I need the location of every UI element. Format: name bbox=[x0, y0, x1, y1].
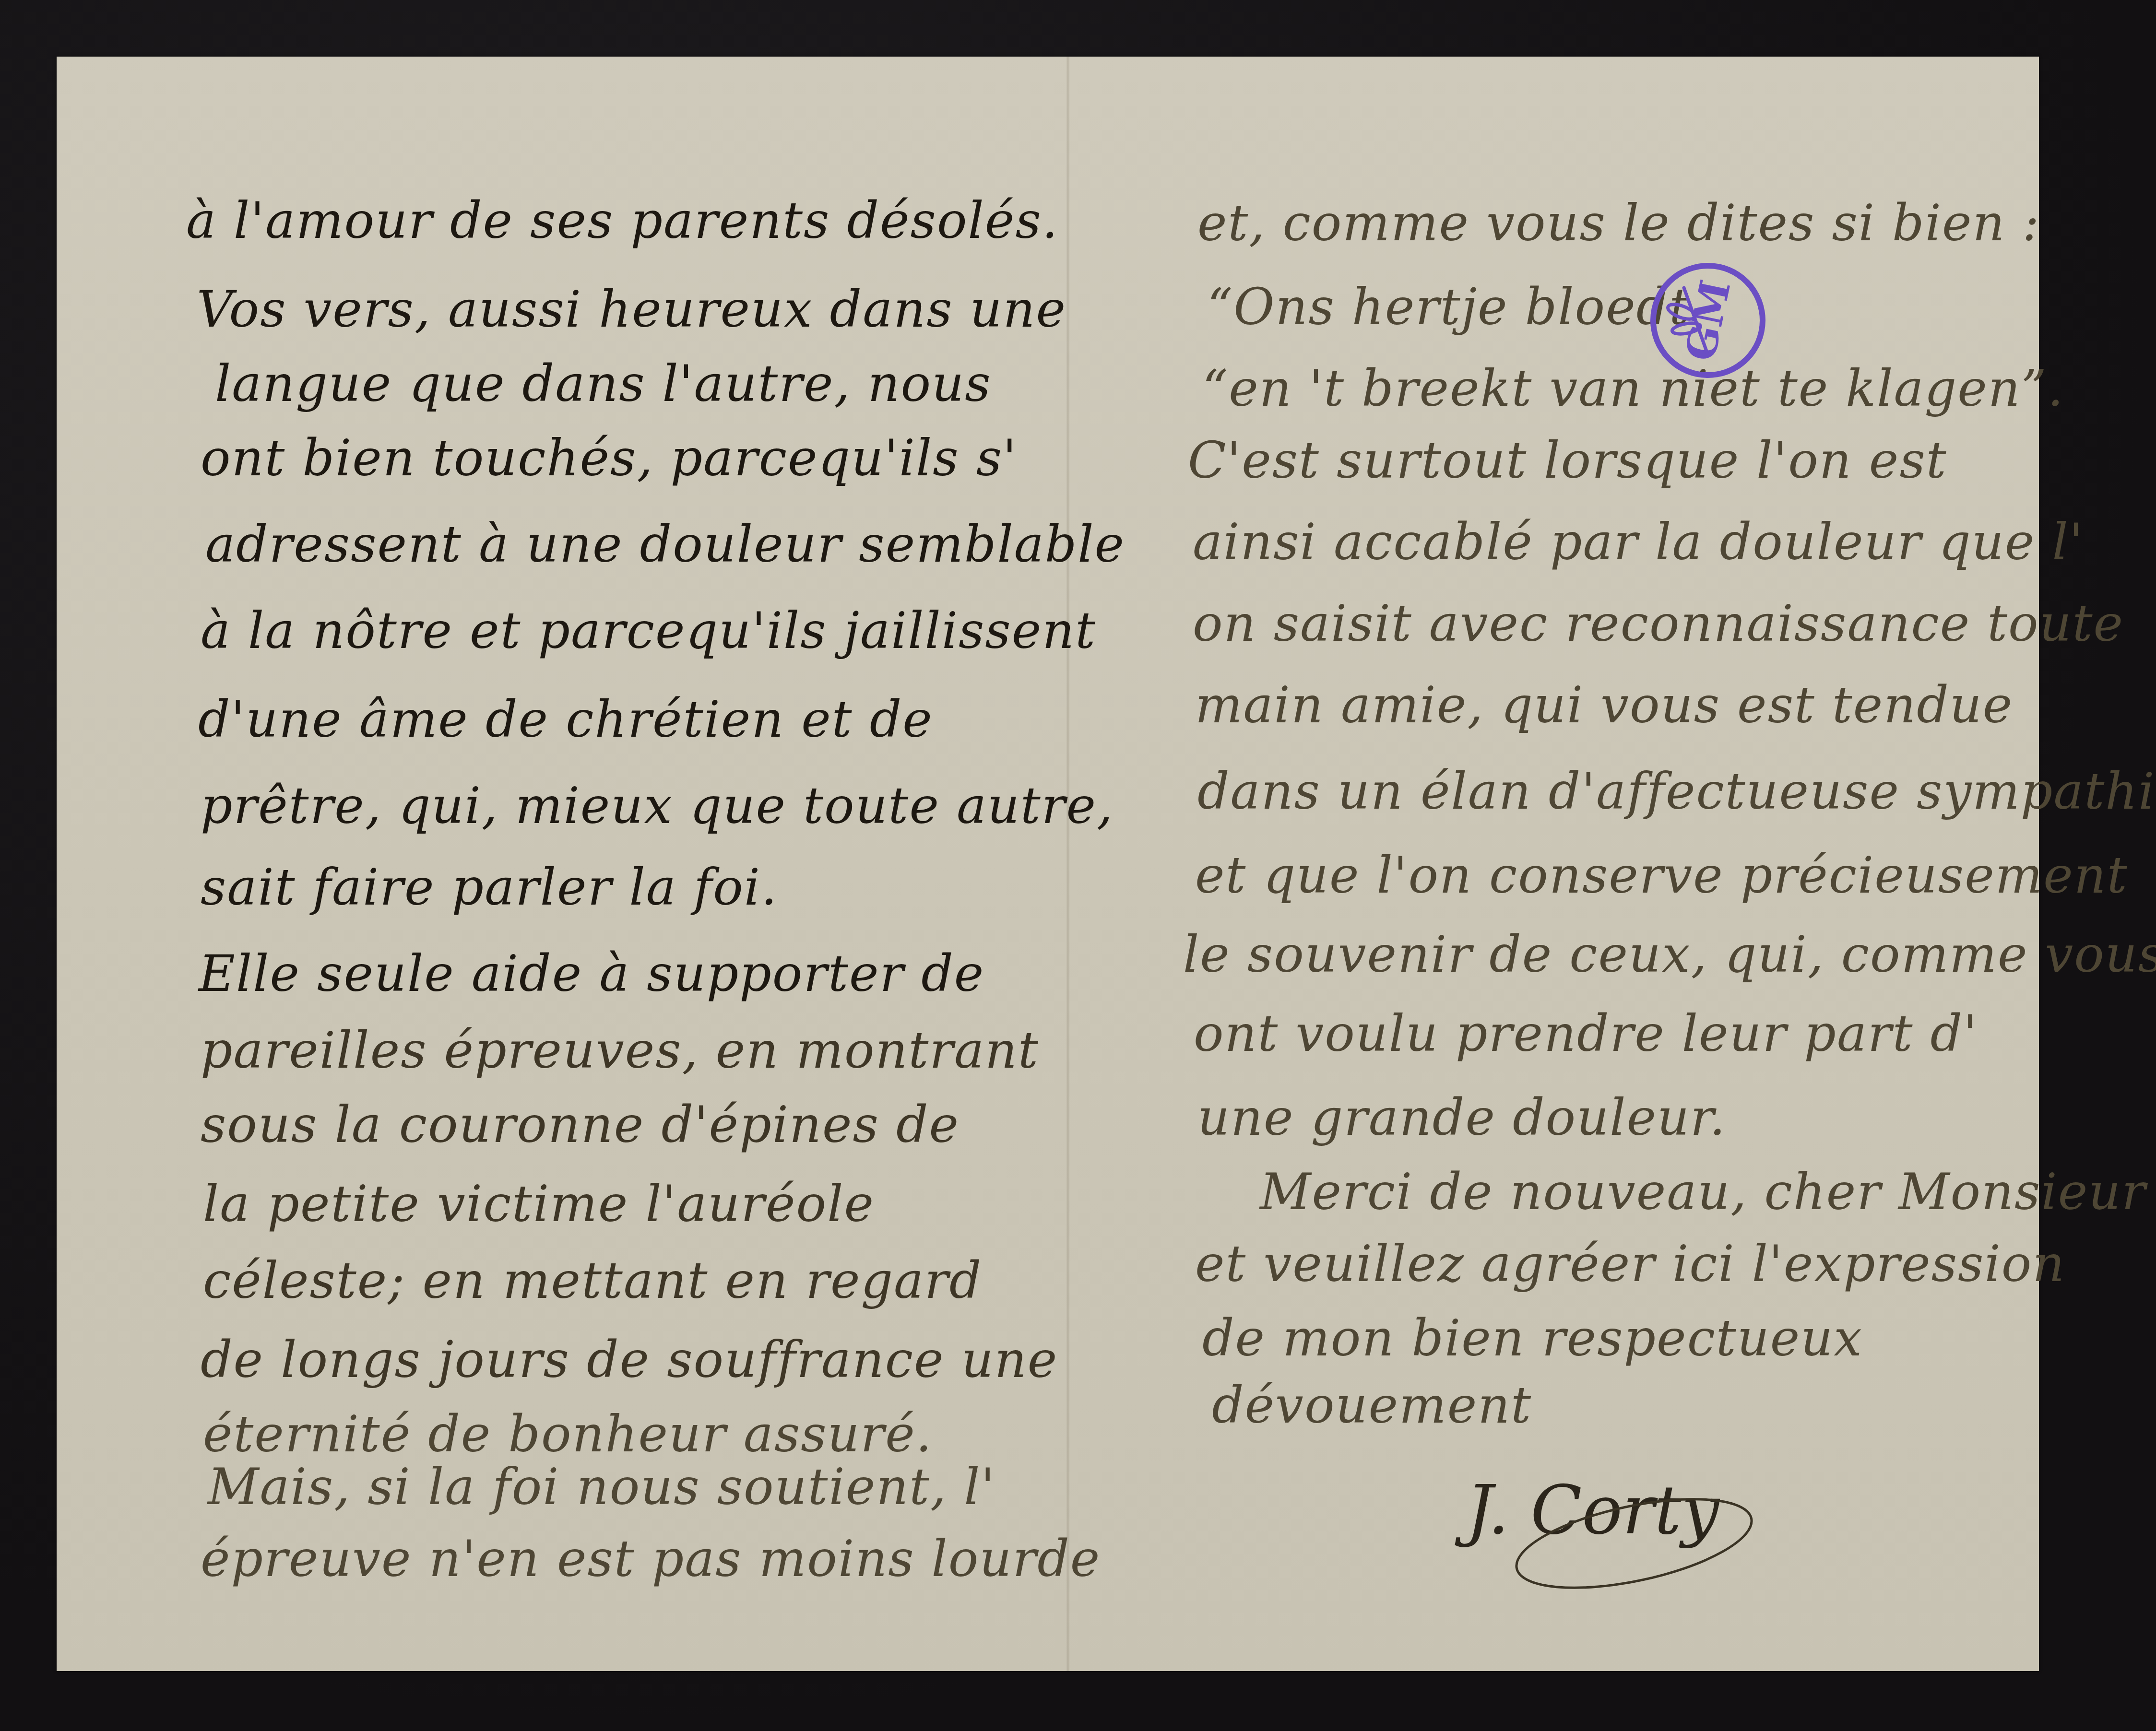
text-line: adressent à une douleur semblable bbox=[205, 519, 1125, 569]
text-line: à la nôtre et parcequ'ils jaillissent bbox=[201, 606, 1096, 656]
text-line: ainsi accablé par la douleur que l' bbox=[1193, 517, 2084, 567]
text-line: Vos vers, aussi heureux dans une bbox=[197, 284, 1066, 334]
text-line: épreuve n'en est pas moins lourde bbox=[201, 1534, 1101, 1584]
text-line: Mais, si la foi nous soutient, l' bbox=[208, 1462, 995, 1512]
dragonfly-icon bbox=[1665, 283, 1722, 360]
text-line: pareilles épreuves, en montrant bbox=[201, 1025, 1039, 1075]
text-line: C'est surtout lorsque l'on est bbox=[1188, 436, 1947, 485]
text-line: une grande douleur. bbox=[1197, 1093, 1726, 1142]
signature-flourish bbox=[1490, 1495, 1759, 1601]
text-line: la petite victime l'auréole bbox=[203, 1179, 875, 1229]
text-line: à l'amour de ses parents désolés. bbox=[186, 196, 1059, 246]
quoted-verse-line: “Ons hertje bloedt bbox=[1207, 282, 1690, 332]
text-line: langue que dans l'autre, nous bbox=[215, 359, 992, 409]
text-line: main amie, qui vous est tendue bbox=[1195, 680, 2013, 730]
text-line: ont bien touchés, parcequ'ils s' bbox=[201, 433, 1018, 483]
text-line: et que l'on conserve précieusement bbox=[1195, 850, 2128, 900]
text-line: ont voulu prendre leur part d' bbox=[1194, 1009, 1978, 1059]
right-page: et, comme vous le dites si bien : “Ons h… bbox=[1068, 57, 2039, 1671]
text-line: sait faire parler la foi. bbox=[201, 862, 778, 912]
text-line: Elle seule aide à supporter de bbox=[199, 949, 984, 999]
text-line: de longs jours de souffrance une bbox=[201, 1335, 1058, 1385]
text-line: sous la couronne d'épines de bbox=[201, 1100, 960, 1150]
text-line: de mon bien respectueux bbox=[1202, 1313, 1863, 1363]
left-page: à l'amour de ses parents désolés. Vos ve… bbox=[57, 57, 1068, 1671]
text-line: Merci de nouveau, cher Monsieur bbox=[1260, 1167, 2146, 1217]
closing-line: dévouement bbox=[1212, 1380, 1532, 1430]
text-line: et veuillez agréer ici l'expression bbox=[1195, 1239, 2065, 1289]
text-line: dans un élan d'affectueuse sympathie bbox=[1197, 766, 2156, 816]
text-line: céleste; en mettant en regard bbox=[203, 1256, 982, 1306]
text-line: éternité de bonheur assuré. bbox=[203, 1409, 933, 1459]
quoted-verse-line: “en 't breekt van niet te klagen”. bbox=[1202, 364, 2064, 413]
text-line: d'une âme de chrétien et de bbox=[198, 695, 933, 744]
text-line: on saisit avec reconnaissance toute bbox=[1193, 599, 2124, 648]
text-line: et, comme vous le dites si bien : bbox=[1197, 198, 2040, 248]
text-line: le souvenir de ceux, qui, comme vous, bbox=[1183, 930, 2156, 979]
text-line: prêtre, qui, mieux que toute autre, bbox=[201, 781, 1114, 831]
